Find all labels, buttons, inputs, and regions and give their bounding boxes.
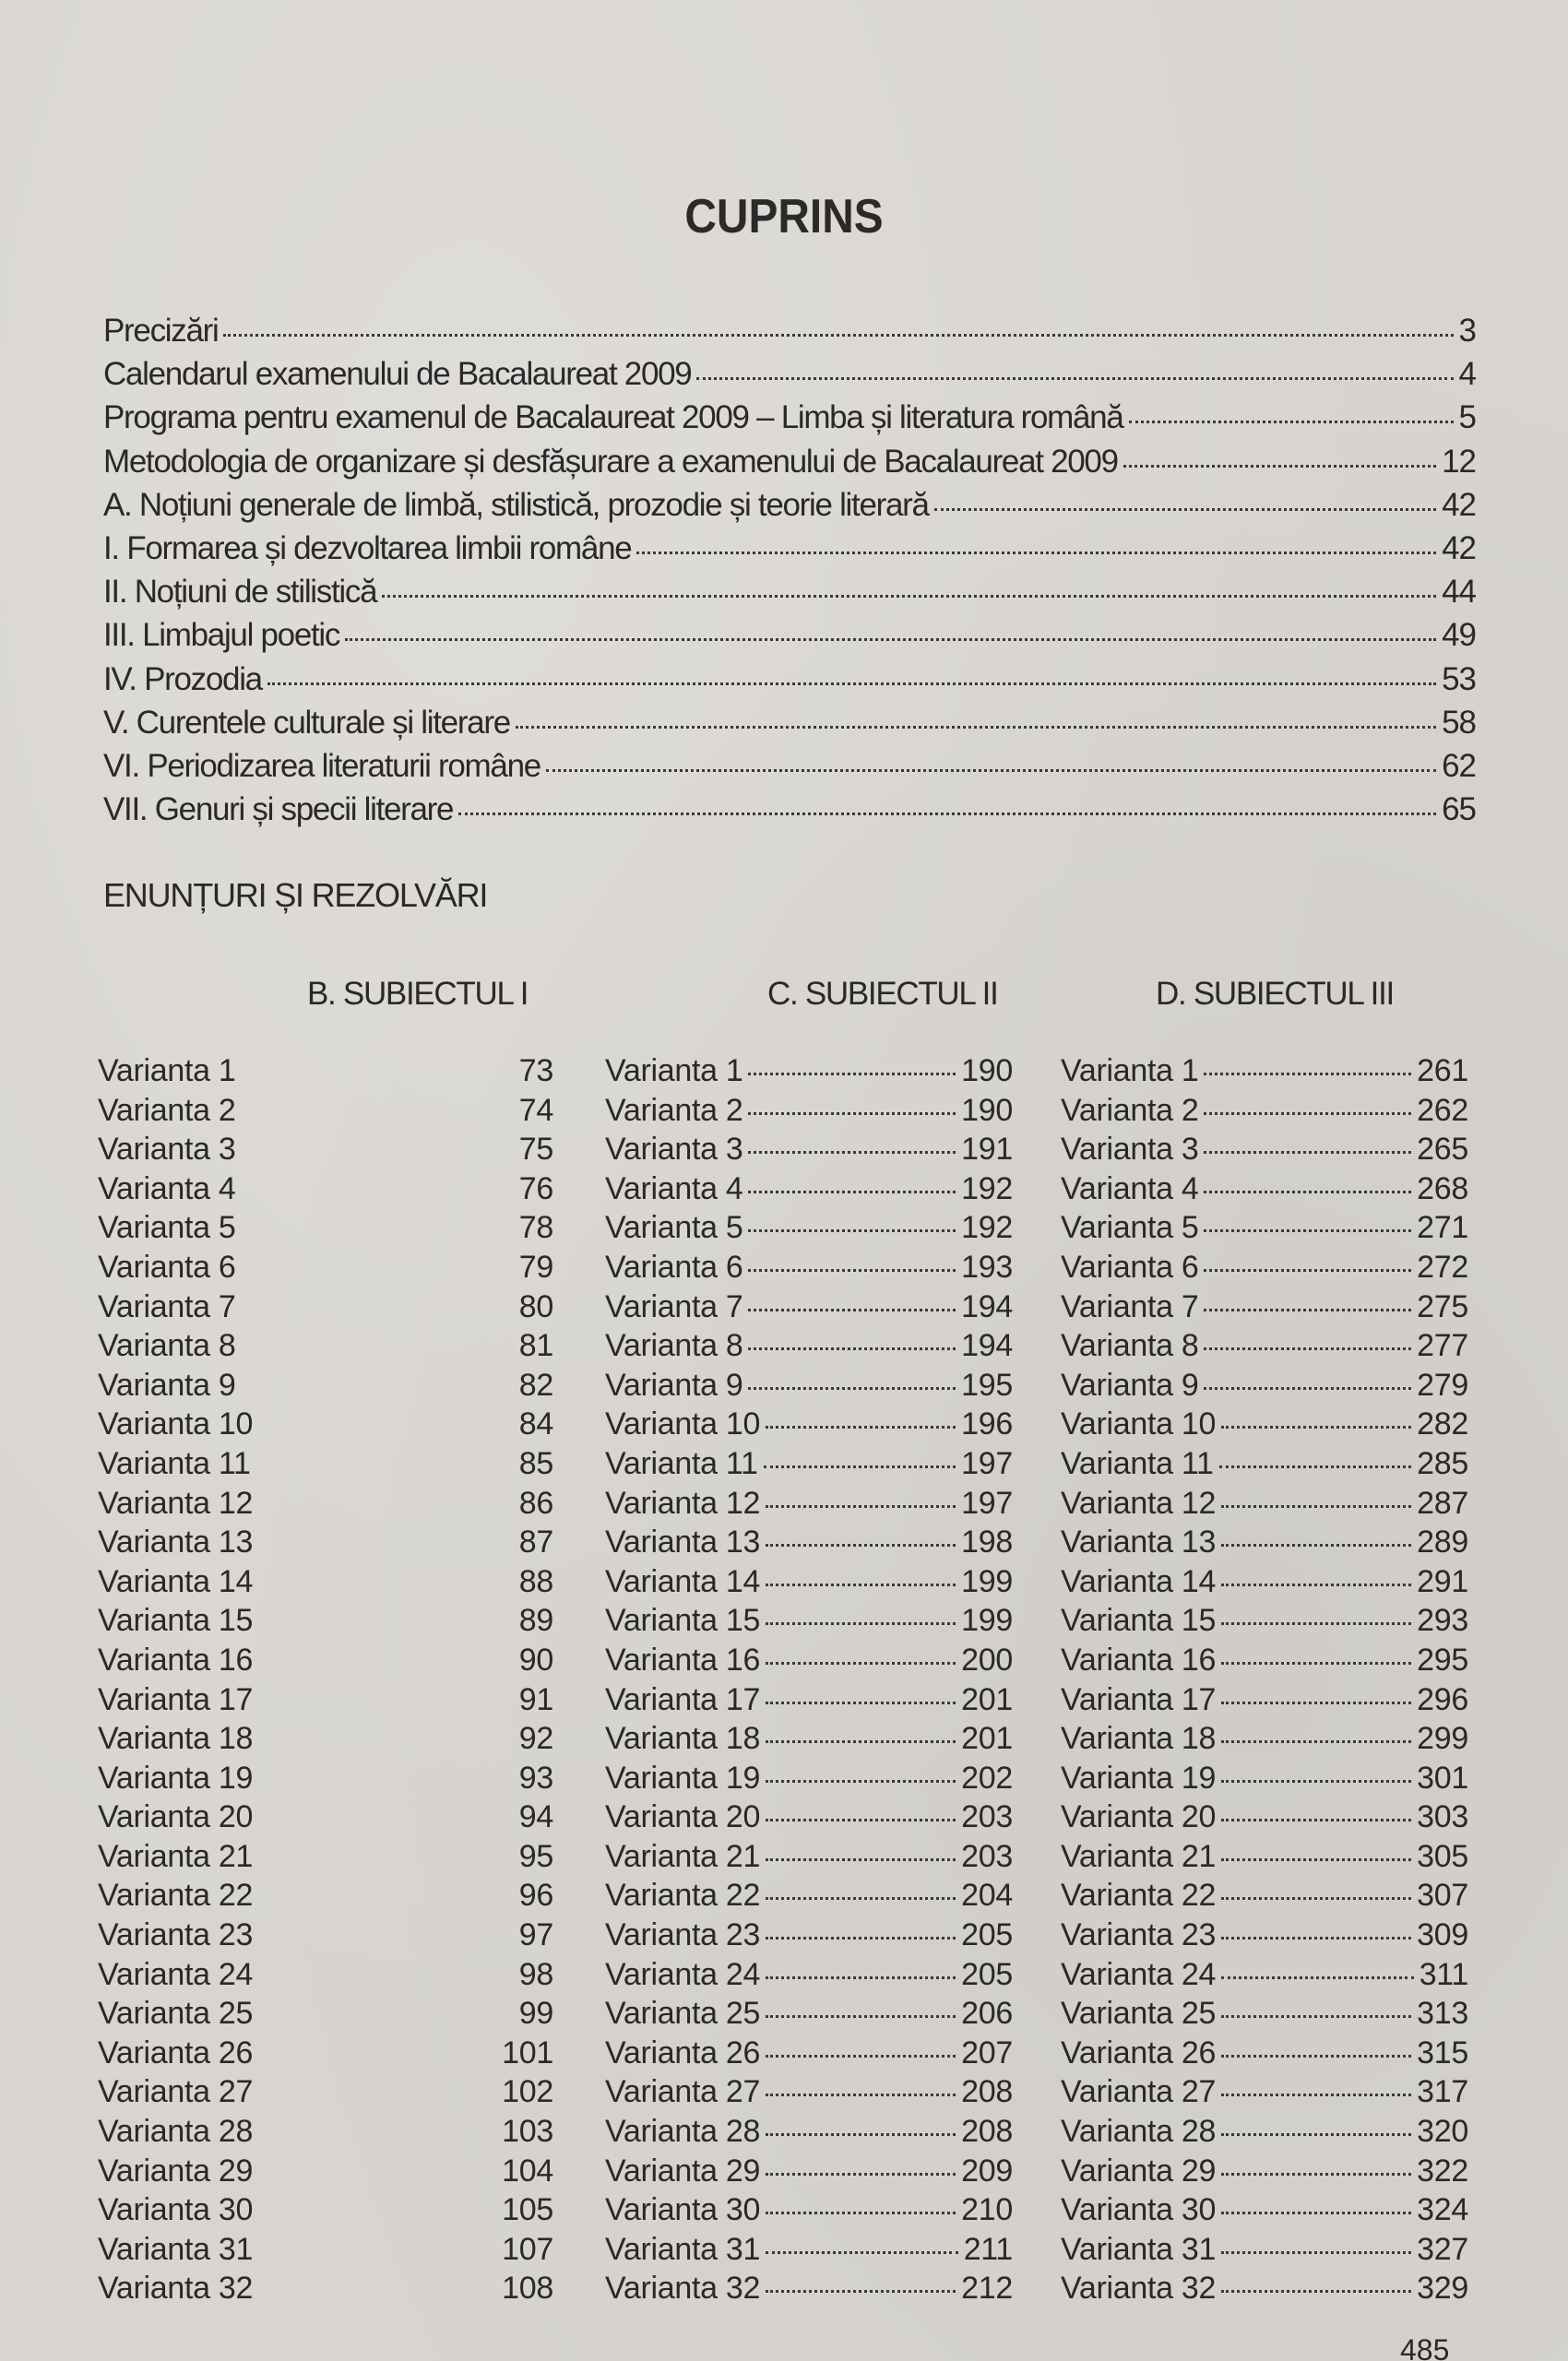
variant-page: 108 [502,2269,553,2308]
variant-entry[interactable]: Varianta 9279 [1061,1366,1468,1406]
toc-entry[interactable]: A. Noțiuni generale de limbă, stilistică… [103,483,1476,527]
variant-page: 199 [961,1601,1013,1640]
variant-label: Varianta 2 [1061,1091,1198,1130]
variant-label: Varianta 16 [1061,1641,1216,1679]
variant-page: 299 [1417,1719,1468,1758]
variant-entry[interactable]: Varianta 25313 [1061,1994,1468,2034]
variant-page: 194 [961,1326,1013,1365]
dot-leader [766,1505,956,1508]
variant-label: Varianta 2 [98,1091,235,1130]
variant-label: Varianta 10 [605,1405,760,1443]
variant-entry[interactable]: Varianta 32329 [1061,2269,1468,2308]
variant-entry[interactable]: Varianta 31211 [605,2230,1013,2270]
variant-page: 272 [1417,1248,1468,1287]
variant-label: Varianta 16 [98,1641,253,1679]
variant-entry[interactable]: Varianta 23205 [605,1916,1013,1955]
variant-page: 190 [961,1091,1013,1130]
variant-page: 307 [1417,1876,1468,1915]
variant-entry[interactable]: Varianta 32108 [98,2269,553,2308]
variant-entry[interactable]: Varianta 10196 [605,1405,1013,1444]
variant-label: Varianta 9 [98,1366,235,1405]
variant-entry[interactable]: Varianta 20203 [605,1797,1013,1837]
toc-entry[interactable]: Precizări3 [103,309,1476,352]
variant-entry[interactable]: Varianta 1589 [98,1601,553,1641]
dot-leader [1221,2094,1411,2096]
variant-label: Varianta 6 [1061,1248,1198,1287]
dot-leader [1221,1426,1411,1429]
variant-label: Varianta 19 [1061,1759,1216,1797]
dot-leader [1204,1229,1411,1232]
variant-page: 88 [519,1562,553,1601]
variant-entry[interactable]: Varianta 679 [98,1248,553,1287]
variant-label: Varianta 31 [605,2230,760,2269]
variant-entry[interactable]: Varianta 11197 [605,1444,1013,1484]
variant-label: Varianta 8 [1061,1326,1198,1365]
variant-label: Varianta 17 [98,1680,253,1719]
variant-label: Varianta 4 [605,1169,742,1208]
variant-entry[interactable]: Varianta 7194 [605,1287,1013,1327]
variant-label: Varianta 25 [1061,1994,1216,2033]
variant-label: Varianta 10 [1061,1405,1216,1443]
variant-page: 277 [1417,1326,1468,1365]
variant-entry[interactable]: Varianta 14291 [1061,1562,1468,1602]
dot-leader [696,377,1453,380]
variant-page: 287 [1417,1484,1468,1523]
variant-page: 195 [961,1366,1013,1405]
variant-entry[interactable]: Varianta 23309 [1061,1916,1468,1955]
toc-entry[interactable]: Programa pentru examenul de Bacalaureat … [103,396,1476,439]
variant-label: Varianta 29 [605,2152,760,2190]
variant-page: 279 [1417,1366,1468,1405]
dot-leader [345,638,1436,641]
variant-entry[interactable]: Varianta 26207 [605,2034,1013,2073]
variant-label: Varianta 32 [98,2269,253,2308]
column-heading-subiectul-3: D. SUBIECTUL III [1156,976,1394,1013]
variant-label: Varianta 13 [98,1523,253,1561]
variant-entry[interactable]: Varianta 18201 [605,1719,1013,1759]
variant-entry[interactable]: Varianta 13198 [605,1523,1013,1562]
variant-entry[interactable]: Varianta 982 [98,1366,553,1406]
variant-label: Varianta 1 [1061,1051,1198,1090]
dot-leader [766,1544,956,1547]
variant-page: 99 [519,1994,553,2033]
dot-leader [1221,1622,1411,1625]
variant-page: 97 [519,1916,553,1954]
variant-label: Varianta 28 [605,2112,760,2151]
toc-entry[interactable]: IV. Prozodia53 [103,658,1476,701]
dot-leader [1221,1858,1411,1861]
variant-page: 309 [1417,1916,1468,1954]
toc-entry-page: 65 [1442,788,1476,831]
variant-page: 93 [519,1759,553,1797]
variant-entry[interactable]: Varianta 21203 [605,1837,1013,1877]
variant-label: Varianta 32 [605,2269,760,2308]
variant-page: 200 [961,1641,1013,1679]
variant-entry[interactable]: Varianta 6193 [605,1248,1013,1287]
variant-page: 82 [519,1366,553,1405]
toc-entry[interactable]: II. Noțiuni de stilistică44 [103,570,1476,613]
dot-leader [766,1858,956,1861]
variant-entry[interactable]: Varianta 6272 [1061,1248,1468,1287]
column-subiectul-2: Varianta 1190Varianta 2190Varianta 3191V… [605,1051,1013,2308]
variant-label: Varianta 3 [1061,1130,1198,1169]
variant-page: 203 [961,1837,1013,1876]
dot-leader [1219,1465,1412,1468]
variant-entry[interactable]: Varianta 1190 [605,1051,1013,1091]
toc-entry-page: 58 [1442,701,1476,744]
variant-entry[interactable]: Varianta 25206 [605,1994,1013,2034]
dot-leader [766,2251,958,2254]
variant-entry[interactable]: Varianta 12287 [1061,1484,1468,1524]
dot-leader [1221,1819,1411,1821]
variant-label: Varianta 28 [1061,2112,1216,2151]
variant-page: 81 [519,1326,553,1365]
variant-page: 289 [1417,1523,1468,1561]
dot-leader [766,1662,956,1665]
variant-label: Varianta 20 [98,1797,253,1836]
variant-page: 320 [1417,2112,1468,2151]
dot-leader [382,595,1436,598]
toc-entry[interactable]: VII. Genuri și specii literare65 [103,788,1476,831]
dot-leader [748,1229,956,1232]
dot-leader [1221,1780,1411,1783]
variant-label: Varianta 11 [98,1444,251,1483]
variant-page: 90 [519,1641,553,1679]
variant-entry[interactable]: Varianta 32212 [605,2269,1013,2308]
variant-entry[interactable]: Varianta 1791 [98,1680,553,1720]
variant-page: 291 [1417,1562,1468,1601]
variant-page: 262 [1417,1091,1468,1130]
variant-entry[interactable]: Varianta 9195 [605,1366,1013,1406]
variant-page: 205 [961,1955,1013,1994]
variant-page: 206 [961,1994,1013,2033]
variant-page: 190 [961,1051,1013,1090]
variant-page: 98 [519,1955,553,1994]
dot-leader [1204,1151,1411,1154]
dot-leader [766,1780,956,1783]
variant-entry[interactable]: Varianta 17201 [605,1680,1013,1720]
variant-entry[interactable]: Varianta 27208 [605,2072,1013,2112]
variant-entry[interactable]: Varianta 31327 [1061,2230,1468,2270]
variant-label: Varianta 14 [1061,1562,1216,1601]
variant-label: Varianta 9 [605,1366,742,1405]
variant-label: Varianta 18 [98,1719,253,1758]
variant-label: Varianta 11 [605,1444,758,1483]
variant-page: 191 [961,1130,1013,1169]
variant-entry[interactable]: Varianta 8194 [605,1326,1013,1366]
variant-entry[interactable]: Varianta 22307 [1061,1876,1468,1916]
variant-page: 89 [519,1601,553,1640]
variant-page: 305 [1417,1837,1468,1876]
variant-entry[interactable]: Varianta 14199 [605,1562,1013,1602]
variant-page: 79 [519,1248,553,1287]
dot-leader [1221,2173,1411,2176]
toc-entry[interactable]: I. Formarea și dezvoltarea limbii române… [103,527,1476,570]
section-heading: ENUNȚURI ȘI REZOLVĂRI [103,876,487,915]
variant-label: Varianta 29 [98,2152,253,2190]
dot-leader [766,1740,956,1743]
variant-label: Varianta 5 [1061,1208,1198,1247]
variant-entry[interactable]: Varianta 578 [98,1208,553,1248]
variant-page: 303 [1417,1797,1468,1836]
variant-page: 295 [1417,1641,1468,1679]
toc-entry-label: V. Curentele culturale și literare [103,701,510,744]
dot-leader [1221,2290,1411,2293]
variant-entry[interactable]: Varianta 30210 [605,2190,1013,2230]
variant-page: 192 [961,1169,1013,1208]
variant-label: Varianta 5 [98,1208,235,1247]
dot-leader [764,1465,956,1468]
variant-label: Varianta 17 [605,1680,760,1719]
variant-entry[interactable]: Varianta 21305 [1061,1837,1468,1877]
variant-entry[interactable]: Varianta 19301 [1061,1759,1468,1798]
variant-entry[interactable]: Varianta 173 [98,1051,553,1091]
variant-entry[interactable]: Varianta 30324 [1061,2190,1468,2230]
variant-entry[interactable]: Varianta 16200 [605,1641,1013,1680]
variant-label: Varianta 29 [1061,2152,1216,2190]
variant-entry[interactable]: Varianta 13289 [1061,1523,1468,1562]
variant-entry[interactable]: Varianta 3191 [605,1130,1013,1169]
variant-page: 322 [1417,2152,1468,2190]
dot-leader [1221,1584,1411,1586]
toc-entry-label: IV. Prozodia [103,658,262,701]
variant-page: 271 [1417,1208,1468,1247]
variant-entry[interactable]: Varianta 8277 [1061,1326,1468,1366]
variant-entry[interactable]: Varianta 31107 [98,2230,553,2270]
variant-label: Varianta 22 [605,1876,760,1915]
variant-entry[interactable]: Varianta 28103 [98,2112,553,2152]
dot-leader [766,1819,956,1821]
variant-label: Varianta 31 [1061,2230,1216,2269]
variant-entry[interactable]: Varianta 17296 [1061,1680,1468,1720]
variant-label: Varianta 14 [605,1562,760,1601]
variant-label: Varianta 7 [1061,1287,1198,1326]
variant-entry[interactable]: Varianta 24205 [605,1955,1013,1995]
variant-entry[interactable]: Varianta 274 [98,1091,553,1131]
variant-entry[interactable]: Varianta 2195 [98,1837,553,1877]
dot-leader [766,1584,956,1586]
variant-entry[interactable]: Varianta 18299 [1061,1719,1468,1759]
variant-label: Varianta 8 [98,1326,235,1365]
toc-entry[interactable]: III. Limbajul poetic49 [103,613,1476,657]
dot-leader [748,1112,956,1115]
toc-entry-page: 3 [1459,309,1476,352]
variant-label: Varianta 11 [1061,1444,1214,1483]
book-page: CUPRINS Precizări3Calendarul examenului … [0,0,1568,2361]
variant-entry[interactable]: Varianta 28208 [605,2112,1013,2152]
variant-entry[interactable]: Varianta 20303 [1061,1797,1468,1837]
variant-label: Varianta 32 [1061,2269,1216,2308]
variant-label: Varianta 20 [1061,1797,1216,1836]
variant-entry[interactable]: Varianta 2190 [605,1091,1013,1131]
variant-page: 268 [1417,1169,1468,1208]
dot-leader [1221,2251,1411,2254]
variant-entry[interactable]: Varianta 29322 [1061,2152,1468,2191]
variant-entry[interactable]: Varianta 1185 [98,1444,553,1484]
variant-entry[interactable]: Varianta 2498 [98,1955,553,1995]
variant-entry[interactable]: Varianta 29104 [98,2152,553,2191]
toc-entry[interactable]: Metodologia de organizare și desfășurare… [103,440,1476,483]
variant-label: Varianta 25 [98,1994,253,2033]
dot-leader [1221,2015,1411,2018]
variant-entry[interactable]: Varianta 15199 [605,1601,1013,1641]
variant-label: Varianta 21 [1061,1837,1216,1876]
variant-page: 80 [519,1287,553,1326]
variant-label: Varianta 15 [605,1601,760,1640]
variant-entry[interactable]: Varianta 27102 [98,2072,553,2112]
variant-entry[interactable]: Varianta 1084 [98,1405,553,1444]
variant-entry[interactable]: Varianta 4268 [1061,1169,1468,1209]
dot-leader [1204,1112,1411,1115]
variant-entry[interactable]: Varianta 3265 [1061,1130,1468,1169]
variant-page: 204 [961,1876,1013,1915]
toc-entry[interactable]: Calendarul examenului de Bacalaureat 200… [103,352,1476,396]
variant-page: 201 [961,1719,1013,1758]
dot-leader [1204,1269,1411,1272]
variant-entry[interactable]: Varianta 28320 [1061,2112,1468,2152]
variant-label: Varianta 3 [605,1130,742,1169]
variant-page: 275 [1417,1287,1468,1326]
variant-label: Varianta 13 [1061,1523,1216,1561]
variant-entry[interactable]: Varianta 5271 [1061,1208,1468,1248]
dot-leader [1221,1505,1411,1508]
variant-entry[interactable]: Varianta 24311 [1061,1955,1468,1995]
variant-entry[interactable]: Varianta 19202 [605,1759,1013,1798]
variant-entry[interactable]: Varianta 1993 [98,1759,553,1798]
variant-page: 208 [961,2072,1013,2111]
variant-entry[interactable]: Varianta 4192 [605,1169,1013,1209]
variant-label: Varianta 15 [1061,1601,1216,1640]
variant-label: Varianta 2 [605,1091,742,1130]
variant-entry[interactable]: Varianta 780 [98,1287,553,1327]
variant-label: Varianta 22 [1061,1876,1216,1915]
toc-entry-page: 42 [1442,527,1476,570]
dot-leader [1129,421,1454,423]
variant-page: 196 [961,1405,1013,1443]
variant-label: Varianta 9 [1061,1366,1198,1405]
variant-page: 207 [961,2034,1013,2072]
dot-leader [458,813,1436,815]
variant-page: 197 [961,1484,1013,1523]
variant-page: 197 [961,1444,1013,1483]
variant-entry[interactable]: Varianta 26101 [98,2034,553,2073]
table-of-contents: Precizări3Calendarul examenului de Bacal… [103,309,1476,831]
dot-leader [766,2212,956,2214]
toc-entry-label: VII. Genuri și specii literare [103,788,453,831]
variant-entry[interactable]: Varianta 2397 [98,1916,553,1955]
variant-entry[interactable]: Varianta 7275 [1061,1287,1468,1327]
variant-label: Varianta 24 [1061,1955,1216,1994]
variant-entry[interactable]: Varianta 881 [98,1326,553,1366]
variant-entry[interactable]: Varianta 2296 [98,1876,553,1916]
variant-label: Varianta 10 [98,1405,253,1443]
variant-label: Varianta 17 [1061,1680,1216,1719]
variant-entry[interactable]: Varianta 2094 [98,1797,553,1837]
variant-entry[interactable]: Varianta 1488 [98,1562,553,1602]
variant-entry[interactable]: Varianta 476 [98,1169,553,1209]
variant-entry[interactable]: Varianta 1892 [98,1719,553,1759]
variant-page: 296 [1417,1680,1468,1719]
toc-entry-page: 49 [1442,613,1476,657]
dot-leader [1204,1191,1411,1193]
dot-leader [766,1702,956,1704]
variant-label: Varianta 12 [605,1484,760,1523]
variant-label: Varianta 22 [98,1876,253,1915]
variant-page: 103 [502,2112,553,2151]
variant-label: Varianta 27 [98,2072,253,2111]
variant-entry[interactable]: Varianta 30105 [98,2190,553,2230]
toc-entry-label: Precizări [103,309,218,352]
variant-page: 317 [1417,2072,1468,2111]
variant-label: Varianta 1 [605,1051,742,1090]
variant-label: Varianta 19 [98,1759,253,1797]
toc-entry[interactable]: V. Curentele culturale și literare58 [103,701,1476,744]
toc-entry-label: Calendarul examenului de Bacalaureat 200… [103,352,691,396]
toc-entry[interactable]: VI. Periodizarea literaturii române62 [103,744,1476,788]
variant-entry[interactable]: Varianta 11285 [1061,1444,1468,1484]
variant-entry[interactable]: Varianta 10282 [1061,1405,1468,1444]
toc-entry-label: I. Formarea și dezvoltarea limbii române [103,527,631,570]
variant-entry[interactable]: Varianta 27317 [1061,2072,1468,2112]
dot-leader [766,2055,956,2058]
variant-entry[interactable]: Varianta 1286 [98,1484,553,1524]
variant-label: Varianta 18 [605,1719,760,1758]
dot-leader [766,2290,956,2293]
dot-leader [546,769,1436,772]
variant-entry[interactable]: Varianta 29209 [605,2152,1013,2191]
variant-page: 96 [519,1876,553,1915]
variant-entry[interactable]: Varianta 12197 [605,1484,1013,1524]
dot-leader [267,682,1436,685]
dot-leader [1221,2055,1411,2058]
variant-entry[interactable]: Varianta 1387 [98,1523,553,1562]
variant-entry[interactable]: Varianta 1261 [1061,1051,1468,1091]
variant-page: 212 [961,2269,1013,2308]
variant-entry[interactable]: Varianta 1690 [98,1641,553,1680]
variant-page: 261 [1417,1051,1468,1090]
variant-label: Varianta 30 [605,2190,760,2229]
toc-entry-page: 4 [1459,352,1476,396]
dot-leader [1204,1387,1411,1390]
column-heading-subiectul-1: B. SUBIECTUL I [307,976,528,1013]
variant-label: Varianta 25 [605,1994,760,2033]
variant-page: 104 [502,2152,553,2190]
variant-page: 311 [1420,1955,1468,1994]
dot-leader [1221,1740,1411,1743]
variant-page: 313 [1417,1994,1468,2033]
variant-page: 102 [502,2072,553,2111]
variant-entry[interactable]: Varianta 2599 [98,1994,553,2034]
variant-entry[interactable]: Varianta 5192 [605,1208,1013,1248]
variant-entry[interactable]: Varianta 2262 [1061,1091,1468,1131]
dot-leader [766,2173,956,2176]
variant-entry[interactable]: Varianta 15293 [1061,1601,1468,1641]
toc-entry-page: 42 [1442,483,1476,527]
dot-leader [1221,1937,1411,1940]
toc-entry-label: A. Noțiuni generale de limbă, stilistică… [103,483,929,527]
variant-label: Varianta 5 [605,1208,742,1247]
toc-entry-label: III. Limbajul poetic [103,613,339,657]
variant-entry[interactable]: Varianta 375 [98,1130,553,1169]
variant-entry[interactable]: Varianta 26315 [1061,2034,1468,2073]
variant-entry[interactable]: Varianta 22204 [605,1876,1013,1916]
variant-page: 87 [519,1523,553,1561]
variant-label: Varianta 23 [1061,1916,1216,1954]
variant-label: Varianta 4 [1061,1169,1198,1208]
variant-page: 293 [1417,1601,1468,1640]
variant-entry[interactable]: Varianta 16295 [1061,1641,1468,1680]
variant-label: Varianta 18 [1061,1719,1216,1758]
